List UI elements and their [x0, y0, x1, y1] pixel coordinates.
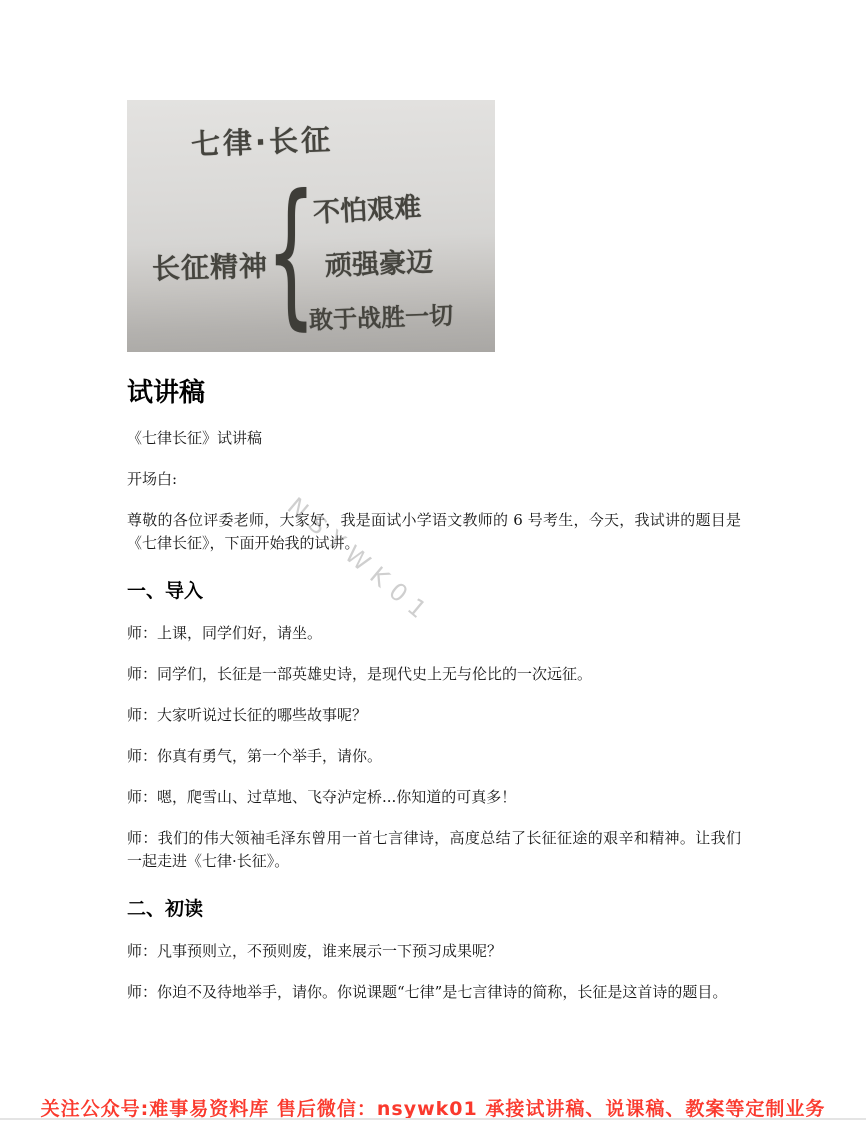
board-item-handwriting: 敢于战胜一切 — [308, 295, 453, 335]
opening-label: 开场白: — [127, 468, 741, 491]
document-content: 试讲稿 《七律长征》试讲稿 开场白: 尊敬的各位评委老师，大家好，我是面试小学语… — [127, 352, 741, 1022]
script-paragraph: 师：你迫不及待地举手，请你。你说课题“七律”是七言律诗的简称，长征是这首诗的题目… — [127, 981, 741, 1004]
subtitle: 《七律长征》试讲稿 — [127, 427, 741, 450]
board-notes-photo: 七律·长征 { 长征精神 不怕艰难 顽强豪迈 敢于战胜一切 — [127, 100, 495, 352]
script-paragraph: 师：你真有勇气，第一个举手，请你。 — [127, 745, 741, 768]
opening-paragraph: 尊敬的各位评委老师，大家好，我是面试小学语文教师的 6 号考生，今天，我试讲的题… — [127, 509, 741, 555]
promo-footer-text: 关注公众号:难事易资料库 售后微信：nsywk01 承接试讲稿、说课稿、教案等定… — [0, 1094, 866, 1121]
board-left-label-handwriting: 长征精神 — [151, 244, 268, 287]
board-item-handwriting: 顽强豪迈 — [324, 240, 433, 283]
page-title: 试讲稿 — [127, 379, 741, 409]
board-title-handwriting: 七律·长征 — [190, 118, 333, 164]
script-paragraph: 师：大家听说过长征的哪些故事呢？ — [127, 704, 741, 727]
board-item-handwriting: 不怕艰难 — [312, 185, 422, 230]
script-paragraph: 师：凡事预则立，不预则废，谁来展示一下预习成果呢？ — [127, 940, 741, 963]
script-paragraph: 师：我们的伟大领袖毛泽东曾用一首七言律诗，高度总结了长征征途的艰辛和精神。让我们… — [127, 827, 741, 873]
section-heading-intro: 一、导入 — [127, 580, 741, 602]
document-page: 七律·长征 { 长征精神 不怕艰难 顽强豪迈 敢于战胜一切 试讲稿 《七律长征》… — [0, 0, 866, 1122]
bottom-divider — [0, 1118, 866, 1120]
script-paragraph: 师：上课，同学们好，请坐。 — [127, 622, 741, 645]
section-heading-first-read: 二、初读 — [127, 898, 741, 920]
script-paragraph: 师：嗯，爬雪山、过草地、飞夺泸定桥...你知道的可真多！ — [127, 786, 741, 809]
script-paragraph: 师：同学们，长征是一部英雄史诗，是现代史上无与伦比的一次远征。 — [127, 663, 741, 686]
